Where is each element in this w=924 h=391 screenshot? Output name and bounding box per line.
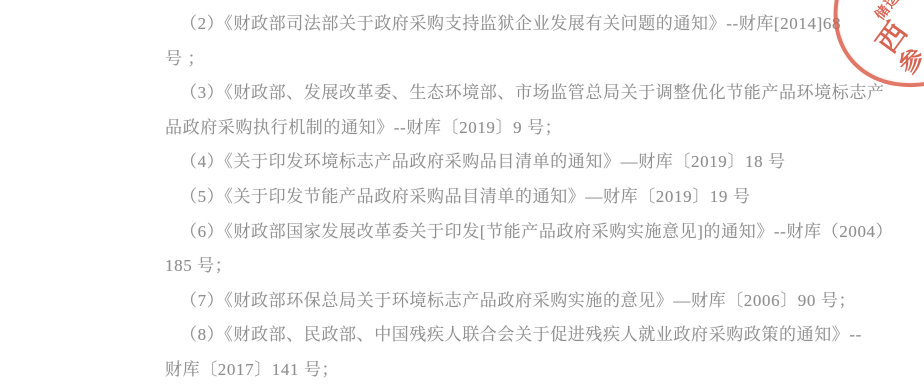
seal-ring-text: 储运 [870,0,904,24]
document-line: （4）《关于印发环境标志产品政府采购品目清单的通知》—财库〔2019〕18 号 [165,145,865,180]
document-line: （8）《财政部、民政部、中国残疾人联合会关于促进残疾人就业政府采购政策的通知》-… [165,318,865,353]
scanned-document-page: （2）《财政部司法部关于政府采购支持监狱企业发展有关问题的通知》--财库[201… [0,0,924,391]
document-line: （7）《财政部环保总局关于环境标志产品政府采购实施的意见》—财库〔2006〕90… [165,284,865,319]
document-line: 号 ； [165,42,865,77]
document-line: 财库〔2017〕141 号； [165,353,865,388]
seal-center-text: 西 [865,13,915,61]
document-line: 185 号； [165,249,865,284]
regulation-list: （2）《财政部司法部关于政府采购支持监狱企业发展有关问题的通知》--财库[201… [165,7,865,388]
seal-partial-text: 参 [889,38,924,81]
document-line: （3）《财政部、发展改革委、生态环境部、市场监管总局关于调整优化节能产品环境标志… [165,76,865,111]
document-line: （6）《财政部国家发展改革委关于印发[节能产品政府采购实施意见]的通知》--财库… [165,215,865,250]
document-line: 品政府采购执行机制的通知》--财库〔2019〕9 号； [165,111,865,146]
document-line: （2）《财政部司法部关于政府采购支持监狱企业发展有关问题的通知》--财库[201… [165,7,865,42]
document-line: （5）《关于印发节能产品政府采购品目清单的通知》—财库〔2019〕19 号 [165,180,865,215]
